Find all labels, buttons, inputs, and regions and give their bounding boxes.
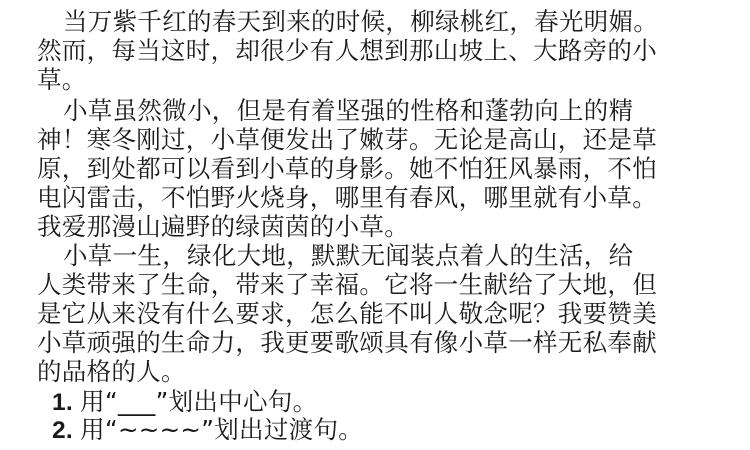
- paragraph-2-line-2: 神！寒冬刚过，小草便发出了嫩芽。无论是高山，还是草: [37, 126, 657, 154]
- question-2: 2. 用“~~~~”划出过渡句。: [52, 416, 363, 444]
- paragraph-2-line-3: 原，到处都可以看到小草的身影。她不怕狂风暴雨，不怕: [37, 155, 657, 183]
- question-1-text: 用“___”划出中心句。: [80, 387, 317, 416]
- paragraph-1-line-1: 当万紫千红的春天到来的时候，柳绿桃红，春光明媚。: [63, 8, 658, 36]
- paragraph-3-line-3: 是它从来没有什么要求，怎么能不叫人敬念呢？我要赞美: [37, 300, 657, 328]
- question-1: 1. 用“___”划出中心句。: [52, 388, 317, 416]
- paragraph-3-line-4: 小草顽强的生命力，我更要歌颂具有像小草一样无私奉献: [37, 329, 657, 357]
- question-2-number: 2.: [52, 417, 73, 444]
- question-2-text: 用“~~~~”划出过渡句。: [80, 415, 363, 444]
- question-1-number: 1.: [52, 389, 73, 416]
- document-page: 当万紫千红的春天到来的时候，柳绿桃红，春光明媚。 然而，每当这时，却很少有人想到…: [0, 0, 750, 450]
- paragraph-2-line-1: 小草虽然微小，但是有着坚强的性格和蓬勃向上的精: [63, 97, 633, 125]
- paragraph-3-line-1: 小草一生，绿化大地，默默无闻装点着人的生活，给: [63, 242, 633, 270]
- paragraph-2-line-5: 我爱那漫山遍野的绿茵茵的小草。: [37, 213, 409, 241]
- paragraph-1-line-2: 然而，每当这时，却很少有人想到那山坡上、大路旁的小: [37, 37, 657, 65]
- paragraph-3-line-5: 的品格的人。: [37, 358, 186, 386]
- paragraph-1-line-3: 草。: [37, 66, 87, 94]
- paragraph-2-line-4: 电闪雷击，不怕野火烧身，哪里有春风，哪里就有小草。: [37, 184, 657, 212]
- paragraph-3-line-2: 人类带来了生命，带来了幸福。它将一生献给了大地，但: [37, 271, 657, 299]
